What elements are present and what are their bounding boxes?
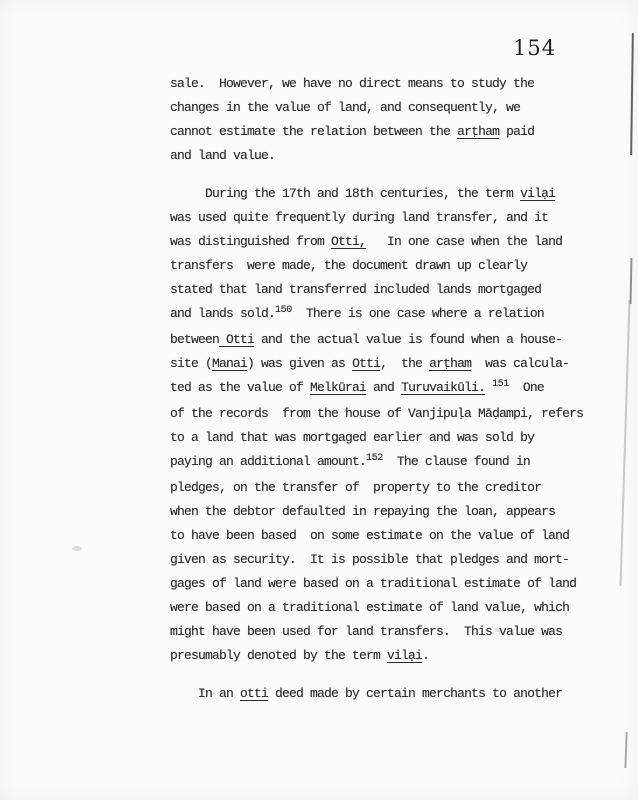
underlined-term: Otti [352,356,380,371]
text-segment: might have been used for land transfers.… [170,624,562,639]
text-segment: and [366,380,401,395]
text-segment: There is one case where a relation [292,306,544,321]
text-segment: given as security. It is possible that p… [170,552,569,567]
document-body: sale. However, we have no direct means t… [170,72,600,706]
text-segment: was used quite frequently during land tr… [170,210,548,225]
text-segment: cannot estimate the relation between the [170,124,457,139]
text-segment: paid [499,124,534,139]
underlined-term: Turuvaikūli. [401,380,485,395]
text-segment: gages of land were based on a traditiona… [170,576,576,591]
text-segment: and the actual value is found when a hou… [254,332,562,347]
underlined-term: Melkūrai [310,380,366,395]
paragraph: sale. However, we have no direct means t… [170,72,600,168]
text-segment: of the records from the house of Vanjipu… [170,406,583,421]
text-segment: , the [380,356,429,371]
text-line: stated that land transferred included la… [170,278,600,302]
underlined-term: vilại [387,648,422,663]
text-line: were based on a traditional estimate of … [170,596,600,620]
text-segment: . [422,648,429,663]
text-segment: were based on a traditional estimate of … [170,600,569,615]
text-line: changes in the value of land, and conseq… [170,96,600,120]
underlined-term: arṭham [457,124,499,139]
text-segment: transfers were made, the document drawn … [170,258,527,273]
footnote-ref: 150 [275,305,292,316]
text-line: presumably denoted by the term vilại. [170,644,600,668]
text-segment: between [170,332,219,347]
text-segment: During the 17th and 18th centuries, the … [170,186,520,201]
scan-smudge [494,628,502,632]
text-segment: ) was given as [247,356,352,371]
underlined-term: otti [240,686,268,701]
text-line: and land value. [170,144,600,168]
text-line: paying an additional amount.152 The clau… [170,450,600,476]
underlined-term: Otti [219,332,254,347]
underlined-term: vilại [520,186,555,201]
text-segment: deed made by certain merchants to anothe… [268,686,562,701]
paragraph: In an otti deed made by certain merchant… [170,682,600,706]
text-line: to have been based on some estimate on t… [170,524,600,548]
text-line: In an otti deed made by certain merchant… [170,682,600,706]
text-segment: The clause found in [383,454,530,469]
text-segment: presumably denoted by the term [170,648,387,663]
text-line: pledges, on the transfer of property to … [170,476,600,500]
text-segment: to have been based on some estimate on t… [170,528,569,543]
text-line: given as security. It is possible that p… [170,548,600,572]
text-segment: paying an additional amount. [170,454,366,469]
text-line: transfers were made, the document drawn … [170,254,600,278]
text-segment: and lands sold. [170,306,275,321]
text-segment: when the debtor defaulted in repaying th… [170,504,555,519]
text-line: cannot estimate the relation between the… [170,120,600,144]
text-segment: was calcula- [471,356,569,371]
footnote-ref: 151 [492,379,509,390]
text-line: between Otti and the actual value is fou… [170,328,600,352]
scan-artifact-line [630,258,632,304]
text-segment: pledges, on the transfer of property to … [170,480,541,495]
text-line: was distinguished from Otti, In one case… [170,230,600,254]
scanned-document-page: 154 sale. However, we have no direct mea… [0,0,638,800]
text-line: gages of land were based on a traditiona… [170,572,600,596]
scan-artifact-line [620,300,630,586]
text-line: site (Manai) was given as Otti, the arṭh… [170,352,600,376]
text-segment: In an [170,686,240,701]
text-segment: One [509,380,544,395]
paragraph: During the 17th and 18th centuries, the … [170,182,600,668]
footnote-ref: 152 [366,453,383,464]
text-line: might have been used for land transfers.… [170,620,600,644]
text-segment: changes in the value of land, and conseq… [170,100,520,115]
text-segment: site ( [170,356,212,371]
text-line: sale. However, we have no direct means t… [170,72,600,96]
text-segment: sale. However, we have no direct means t… [170,76,534,91]
scan-artifact-line [630,33,633,155]
underlined-term: Otti, [331,234,366,249]
text-segment: and land value. [170,148,275,163]
text-line: During the 17th and 18th centuries, the … [170,182,600,206]
text-line: to a land that was mortgaged earlier and… [170,426,600,450]
underlined-term: arṭham [429,356,471,371]
scan-smudge [72,546,82,551]
underlined-term: Manai [212,356,247,371]
text-segment: to a land that was mortgaged earlier and… [170,430,534,445]
text-segment: ted as the value of [170,380,310,395]
text-segment: was distinguished from [170,234,331,249]
scan-artifact-line [624,732,627,768]
text-line: ted as the value of Melkūrai and Turuvai… [170,376,600,402]
text-line: and lands sold.150 There is one case whe… [170,302,600,328]
text-segment: stated that land transferred included la… [170,282,541,297]
page-number: 154 [513,36,556,60]
text-segment: In one case when the land [366,234,562,249]
text-line: of the records from the house of Vanjipu… [170,402,600,426]
text-line: was used quite frequently during land tr… [170,206,600,230]
text-line: when the debtor defaulted in repaying th… [170,500,600,524]
